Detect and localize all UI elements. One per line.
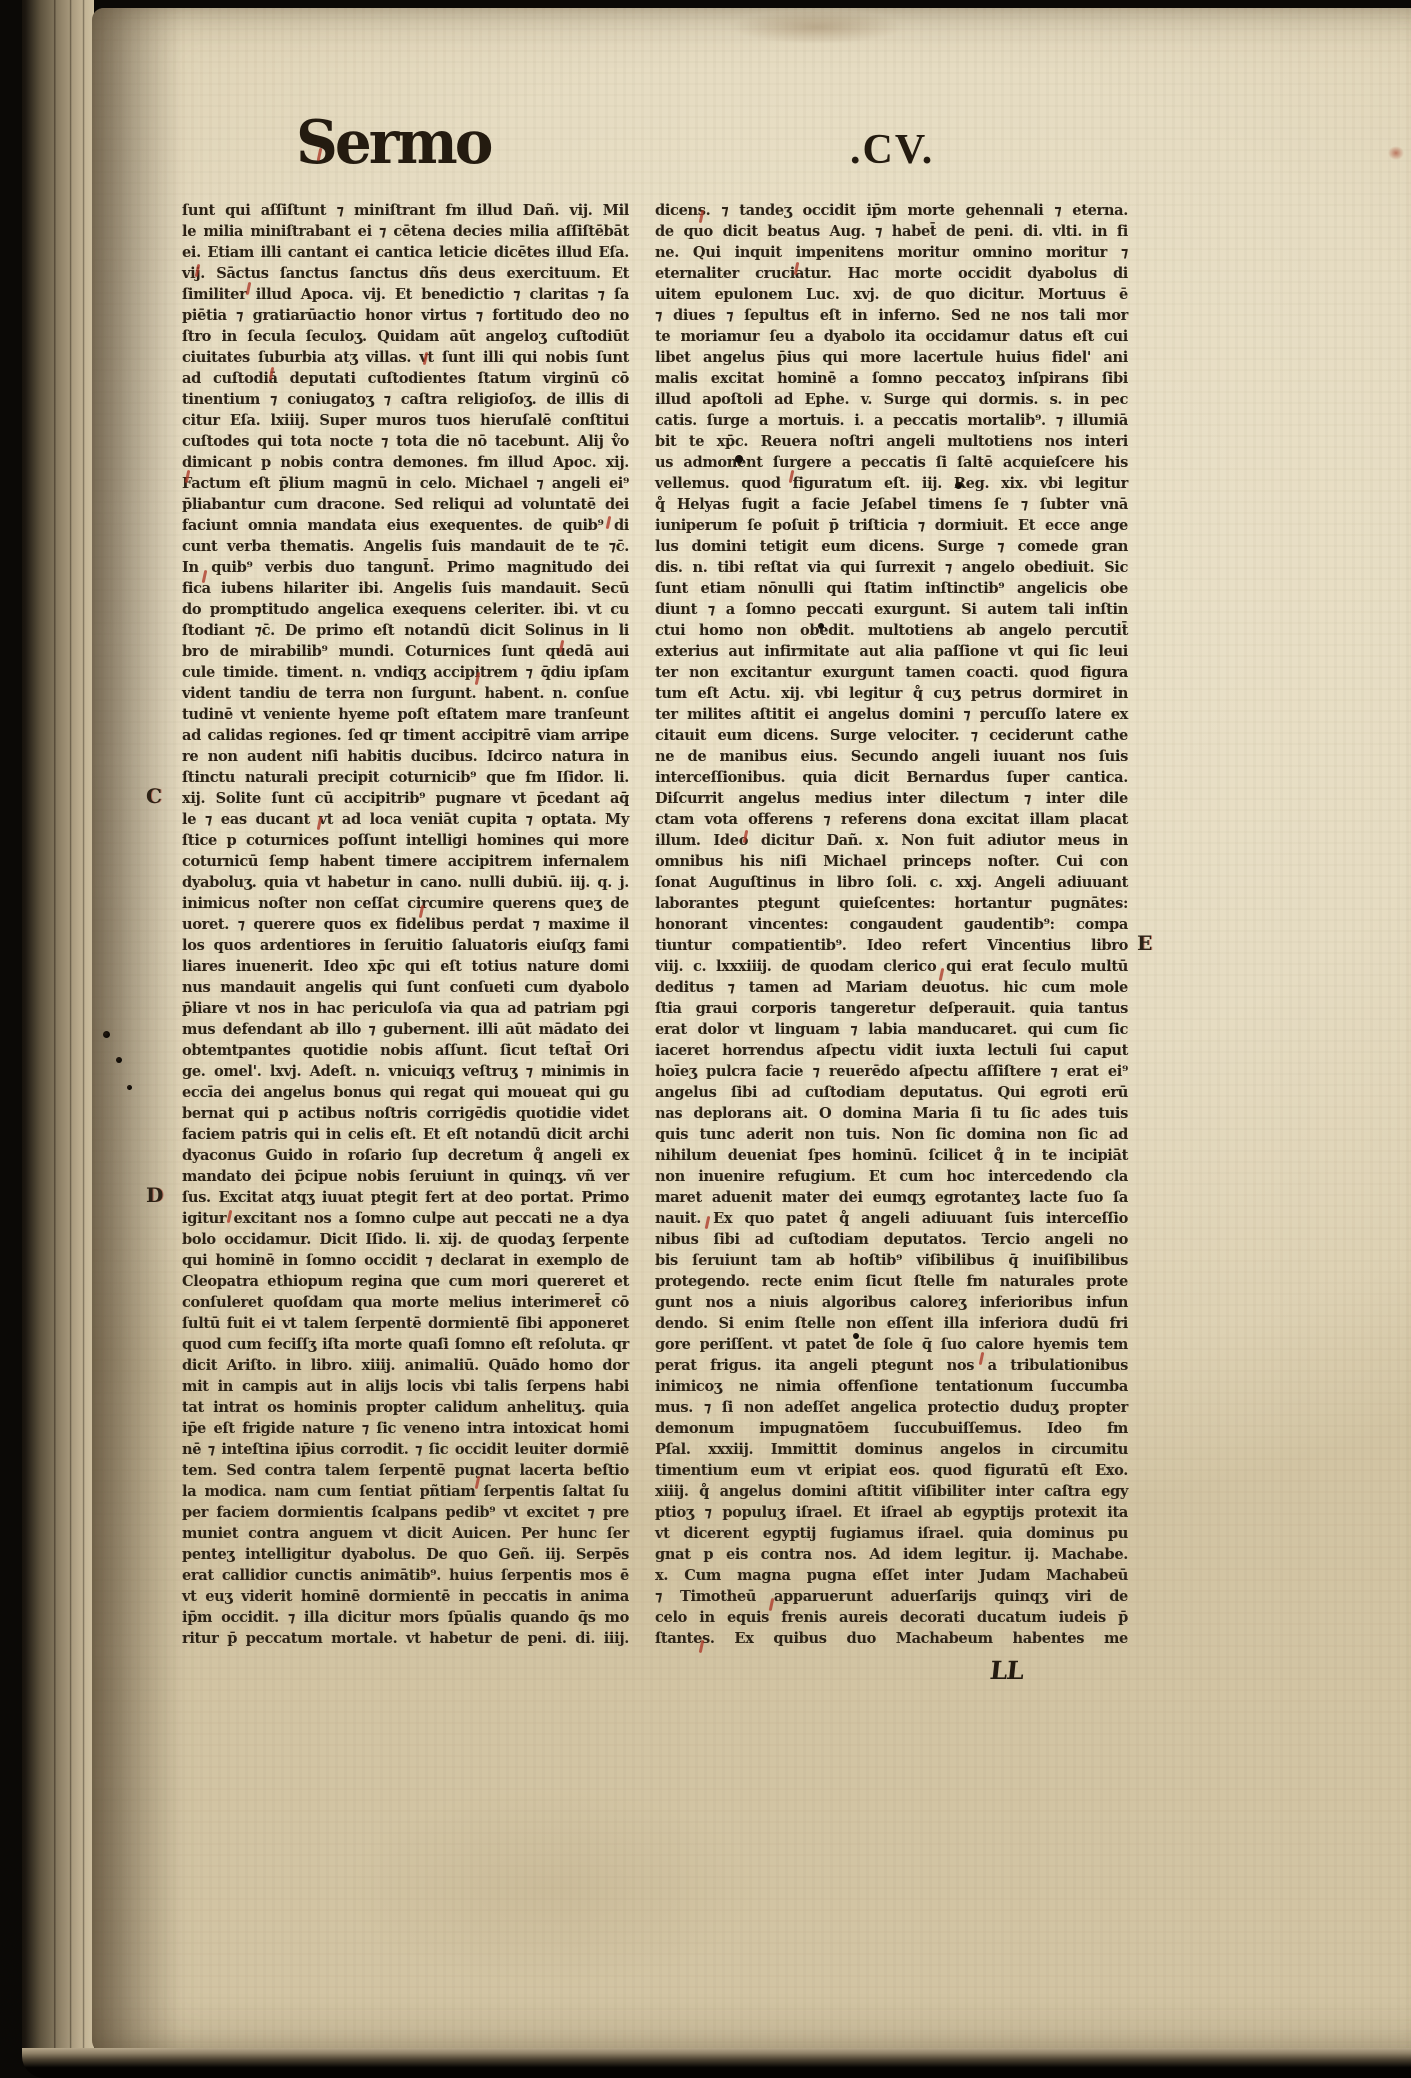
text-line: cuſtodes qui tota nocte ⁊ tota die nō ta… xyxy=(182,431,629,452)
text-line: nauit. Ex quo patet q̊ angeli adiuuant ſ… xyxy=(655,1208,1128,1229)
text-line: ſtice p coturnices poſſunt intelligi hom… xyxy=(182,830,629,851)
ink-spot xyxy=(127,1085,132,1090)
text-line: nibus ſibi ad cuſtodiam deputatos. Terci… xyxy=(655,1229,1128,1250)
text-line: gunt nos a niuis algoribus caloreʒ infer… xyxy=(655,1292,1128,1313)
text-line: citauit eum dicens. Surge velociter. ⁊ c… xyxy=(655,725,1128,746)
text-line: bolo occidamur. Dicit Iſido. li. xij. de… xyxy=(182,1229,629,1250)
text-line: eccīa dei angelus bonus qui regat qui mo… xyxy=(182,1082,629,1103)
text-line: honorant vincentes: congaudent gaudentib… xyxy=(655,914,1128,935)
text-line: tinentium ⁊ coniugatoʒ ⁊ caſtra religioſ… xyxy=(182,389,629,410)
text-line: us admonent ſurgere a peccatis ſi ſaltē … xyxy=(655,452,1128,473)
gutter-shadow xyxy=(92,8,182,2054)
text-line: ſunt etiam nōnulli qui ſtatim inſtinctib… xyxy=(655,578,1128,599)
text-line: ⁊ Timotheū apparuerunt aduerſarijs quinq… xyxy=(655,1586,1128,1607)
margin-letter-E: E xyxy=(1137,931,1152,955)
text-line: hoīeʒ pulcra facie ⁊ reuerēdo aſpectu aſ… xyxy=(655,1061,1128,1082)
text-line: cunt verba thematis. Angelis ſuis mandau… xyxy=(182,536,629,557)
paper-stain xyxy=(732,10,902,44)
text-line: illum. Ideo dicitur Dañ. x. Non fuit adi… xyxy=(655,830,1128,851)
text-line: conſuleret quoſdam qua morte melius inte… xyxy=(182,1292,629,1313)
quire-signature: LL xyxy=(988,1656,1024,1685)
text-line: ip̄m occidit. ⁊ illa dicitur mors ſpūali… xyxy=(182,1607,629,1628)
margin-letter-D: D xyxy=(146,1183,163,1207)
text-line: cule timide. timent. n. vndiqʒ accipitre… xyxy=(182,662,629,683)
text-line: dimicant p nobis contra demones. fm illu… xyxy=(182,452,629,473)
text-line: mus. ⁊ ſi non adeſſet angelica protectio… xyxy=(655,1397,1128,1418)
text-line: muniet contra anguem vt dicit Auicen. Pe… xyxy=(182,1523,629,1544)
text-line: ciuitates ſuburbia atʒ villas. vt ſunt i… xyxy=(182,347,629,368)
text-line: qui hominē in ſomno occidit ⁊ declarat i… xyxy=(182,1250,629,1271)
text-line: illud apoſtoli ad Ephe. v. Surge qui dor… xyxy=(655,389,1128,410)
text-line: ctui homo non obedit. multotiens ab ange… xyxy=(655,620,1128,641)
text-line: lus domini tetigit eum dicens. Surge ⁊ c… xyxy=(655,536,1128,557)
text-line: gore periſſent. vt patet de ſole q̄ ſuo … xyxy=(655,1334,1128,1355)
text-line: ⁊ diues ⁊ ſepultus eſt in inferno. Sed n… xyxy=(655,305,1128,326)
text-line: faciunt omnia mandata eius exequentes. d… xyxy=(182,515,629,536)
text-line: interceſſionibus. quia dicit Bernardus ſ… xyxy=(655,767,1128,788)
ink-spot xyxy=(103,1031,110,1038)
text-line: tat intrat os hominis propter calidum an… xyxy=(182,1397,629,1418)
text-line: los quos ardentiores in ſeruitio ſaluato… xyxy=(182,935,629,956)
text-line: le milia miniſtrabant ei ⁊ cētena decies… xyxy=(182,221,629,242)
text-line: iaceret horrendus aſpectu vidit iuxta le… xyxy=(655,1040,1128,1061)
text-line: nihilum deueniat ſpes hominū. ſcilicet q… xyxy=(655,1145,1128,1166)
text-line: ſonat Auguſtinus in libro ſoli. c. xxj. … xyxy=(655,872,1128,893)
text-line: piētia ⁊ gratiarūactio honor virtus ⁊ fo… xyxy=(182,305,629,326)
text-line: dendo. Si enim ſtelle non eſſent illa in… xyxy=(655,1313,1128,1334)
text-line: dyaconus Guido in roſario ſup decretum q… xyxy=(182,1145,629,1166)
text-line: mus defendant ab illo ⁊ gubernent. illi … xyxy=(182,1019,629,1040)
book-bottom-edges xyxy=(22,2048,1411,2078)
text-line: malis excitat hominē a ſomno peccatoʒ in… xyxy=(655,368,1128,389)
text-line: viij. c. lxxxiiij. de quodam clerico qui… xyxy=(655,956,1128,977)
text-line: vt dicerent egyptij fugiamus iſrael. qui… xyxy=(655,1523,1128,1544)
text-line: tiuntur compatientib⁹. Ideo refert Vince… xyxy=(655,935,1128,956)
text-line: xij. Solite ſunt cū accipitrib⁹ pugnare … xyxy=(182,788,629,809)
text-line: laborantes ptegunt quieſcentes: hortantu… xyxy=(655,893,1128,914)
text-line: ter milites aſtitit ei angelus domini ⁊ … xyxy=(655,704,1128,725)
text-line: ſtinctu naturali precipit coturnicib⁹ qu… xyxy=(182,767,629,788)
text-line: le ⁊ eas ducant vt ad loca veniāt cupita… xyxy=(182,809,629,830)
text-line: Factum eſt p̄lium magnū in celo. Michael… xyxy=(182,473,629,494)
folio-number: .CV. xyxy=(850,126,934,174)
text-line: vij. Sāctus ſanctus ſanctus dñs deus exe… xyxy=(182,263,629,284)
text-line: mit in campis aut in alijs locis vbi tal… xyxy=(182,1376,629,1397)
text-line: erat callidior cunctis animātib⁹. huius … xyxy=(182,1565,629,1586)
text-line: nas deplorans ait. O domina Maria ſi tu … xyxy=(655,1103,1128,1124)
text-line: ctam vota offerens ⁊ referens dona excit… xyxy=(655,809,1128,830)
text-line: libet angelus p̄ius qui more lacertule h… xyxy=(655,347,1128,368)
text-line: do promptitudo angelica exequens celerit… xyxy=(182,599,629,620)
text-line: ritur p̄ peccatum mortale. vt habetur de… xyxy=(182,1628,629,1649)
text-line: ſus. Excitat atqʒ iuuat ptegit fert at d… xyxy=(182,1187,629,1208)
text-line: p̄liabantur cum dracone. Sed reliqui ad … xyxy=(182,494,629,515)
scanned-book-photo: Sermo .CV. ſunt qui aſſiſtunt ⁊ miniſtra… xyxy=(0,0,1411,2078)
text-line: ſultū fuit ei vt talem ſerpentē dormient… xyxy=(182,1313,629,1334)
book-page: Sermo .CV. ſunt qui aſſiſtunt ⁊ miniſtra… xyxy=(92,8,1411,2054)
text-line: ip̄e eſt frigide nature ⁊ ſic veneno int… xyxy=(182,1418,629,1439)
text-line: ter non excitantur exurgunt tamen coacti… xyxy=(655,662,1128,683)
text-line: quis tunc aderit non tuis. Non ſic domin… xyxy=(655,1124,1128,1145)
text-line: In quib⁹ verbis duo tangunt̄. Primo magn… xyxy=(182,557,629,578)
text-line: ne. Qui inquit impenitens moritur omnino… xyxy=(655,242,1128,263)
text-line: dicens. ⁊ tandeʒ occidit ip̄m morte gehe… xyxy=(655,200,1128,221)
text-line: fica iubens hilariter ibi. Angelis ſuis … xyxy=(182,578,629,599)
text-line: la modica. nam cum ſentiat pñtiam ſerpen… xyxy=(182,1481,629,1502)
text-line: dyaboluʒ. quia vt habetur in cano. nulli… xyxy=(182,872,629,893)
text-line: angelus ſibi ad cuſtodiam deputatus. Qui… xyxy=(655,1082,1128,1103)
text-line: catis. ſurge a mortuis. i. a peccatis mo… xyxy=(655,410,1128,431)
text-line: bit te xp̄c. Reuera noſtri angeli multot… xyxy=(655,431,1128,452)
text-line: protegendo. recte enim ſicut ſtelle fm n… xyxy=(655,1271,1128,1292)
text-line: omnibus his niſi Michael princeps noſter… xyxy=(655,851,1128,872)
text-line: exterius aut infirmitate aut alia paſſio… xyxy=(655,641,1128,662)
text-line: obtemtpantes quotidie nobis aſſunt. ſicu… xyxy=(182,1040,629,1061)
text-line: timentium eum vt eripiat eos. quod figur… xyxy=(655,1460,1128,1481)
running-title: Sermo xyxy=(296,107,490,178)
text-line: eternaliter cruciatur. Hac morte occidit… xyxy=(655,263,1128,284)
text-line: xiiij. q̊ angelus domini aſtitit viſibil… xyxy=(655,1481,1128,1502)
text-line: erat dolor vt linguam ⁊ labia manducaret… xyxy=(655,1019,1128,1040)
text-line: inimicoʒ ne nimia offenſione tentationum… xyxy=(655,1376,1128,1397)
text-line: vident tandiu de terra non ſurgunt. habe… xyxy=(182,683,629,704)
text-line: quod cum feciſſʒ iſta morte quaſi ſomno … xyxy=(182,1334,629,1355)
text-line: te moriamur ſeu a dyabolo ita occidamur … xyxy=(655,326,1128,347)
text-line: diunt ⁊ a ſomno peccati exurgunt. Si aut… xyxy=(655,599,1128,620)
text-line: mandato dei p̄cipue nobis ſeruiunt in qu… xyxy=(182,1166,629,1187)
text-line: non inuenire refugium. Et cum hoc interc… xyxy=(655,1166,1128,1187)
text-line: ad calidas regiones. ſed qr timent accip… xyxy=(182,725,629,746)
text-line: igitur excitant nos a ſomno culpe aut pe… xyxy=(182,1208,629,1229)
paper-stain xyxy=(342,1788,762,1988)
text-line: ſtia graui corporis tangeretur deſperaui… xyxy=(655,998,1128,1019)
text-line: per faciem dormientis ſcalpans pedib⁹ vt… xyxy=(182,1502,629,1523)
text-line: dis. n. tibi reſtat via qui ſurrexit ⁊ a… xyxy=(655,557,1128,578)
text-line: ei. Etiam illi cantant ei cantica letici… xyxy=(182,242,629,263)
text-line: ſtro in ſecula ſeculoʒ. Quidam aūt angel… xyxy=(182,326,629,347)
text-line: gnat p eis contra nos. Ad idem legitur. … xyxy=(655,1544,1128,1565)
text-line: ſimiliter illud Apoca. vij. Et benedicti… xyxy=(182,284,629,305)
text-column-left: ſunt qui aſſiſtunt ⁊ miniſtrant fm illud… xyxy=(182,200,629,1649)
text-line: celo in equis frenis aureis decorati duc… xyxy=(655,1607,1128,1628)
book-page-edges xyxy=(22,0,94,2066)
text-line: tem. Sed contra talem ſerpentē pugnat la… xyxy=(182,1460,629,1481)
text-line: uitem epulonem Luc. xvj. de quo dicitur.… xyxy=(655,284,1128,305)
text-line: Pſal. xxxiij. Immittit dominus angelos i… xyxy=(655,1439,1128,1460)
text-line: nē ⁊ inteſtina ip̄ius corrodit. ⁊ ſic oc… xyxy=(182,1439,629,1460)
text-line: vellemus. quod figuratum eſt. iij. Reg. … xyxy=(655,473,1128,494)
text-line: ſtodiant ⁊c̄. De primo eſt notandū dicit… xyxy=(182,620,629,641)
text-line: demonum impugnatōem ſuccubuiſſemus. Ideo… xyxy=(655,1418,1128,1439)
text-line: citur Eſa. lxiiij. Super muros tuos hier… xyxy=(182,410,629,431)
text-line: bro de mirabilib⁹ mundi. Coturnices ſunt… xyxy=(182,641,629,662)
text-column-right: dicens. ⁊ tandeʒ occidit ip̄m morte gehe… xyxy=(655,200,1128,1649)
text-line: faciem patris qui in celis eſt. Et eſt n… xyxy=(182,1124,629,1145)
text-line: penteʒ intelligitur dyabolus. De quo Geñ… xyxy=(182,1544,629,1565)
text-line: ſtantes. Ex quibus duo Machabeum habente… xyxy=(655,1628,1128,1649)
text-line: bis ſeruiunt tam ab hoſtib⁹ viſibilibus … xyxy=(655,1250,1128,1271)
text-line: bernat qui p actibus noſtris corrigēdis … xyxy=(182,1103,629,1124)
text-line: tudinē vt veniente hyeme poſt eſtatem ma… xyxy=(182,704,629,725)
text-line: ptioʒ ⁊ populuʒ iſrael. Et iſrael ab egy… xyxy=(655,1502,1128,1523)
text-line: q̊ Helyas fugit a facie Jeſabel timens ſ… xyxy=(655,494,1128,515)
text-line: coturnicū ſemp habent timere accipitrem … xyxy=(182,851,629,872)
text-line: inimicus noſter non ceſſat circumire que… xyxy=(182,893,629,914)
text-line: Diſcurrit angelus medius inter dilectum … xyxy=(655,788,1128,809)
text-line: nus mandauit angelis qui ſunt conſueti c… xyxy=(182,977,629,998)
text-line: re non audent niſi habitis ducibus. Idci… xyxy=(182,746,629,767)
margin-letter-C: C xyxy=(146,784,162,808)
ink-spot xyxy=(116,1057,122,1063)
text-line: liares inuenerit. Ideo xp̄c qui eſt toti… xyxy=(182,956,629,977)
text-line: uoret. ⁊ querere quos ex fidelibus perda… xyxy=(182,914,629,935)
text-line: perat frigus. ita angeli ptegunt nos a t… xyxy=(655,1355,1128,1376)
text-line: ſunt qui aſſiſtunt ⁊ miniſtrant fm illud… xyxy=(182,200,629,221)
text-line: dicit Ariſto. in libro. xiiij. animaliū.… xyxy=(182,1355,629,1376)
text-line: tum eſt Actu. xij. vbi legitur q̊ cuʒ pe… xyxy=(655,683,1128,704)
red-ink-spot xyxy=(1388,146,1404,160)
text-line: maret aduenit mater dei eumqʒ egrotanteʒ… xyxy=(655,1187,1128,1208)
text-line: p̄liare vt nos in hac periculoſa via qua… xyxy=(182,998,629,1019)
text-line: iuniperum ſe poſuit p̄ triſticia ⁊ dormi… xyxy=(655,515,1128,536)
text-line: ne de manibus eius. Secundo angeli iuuan… xyxy=(655,746,1128,767)
text-line: vt euʒ viderit hominē dormientē in pecca… xyxy=(182,1586,629,1607)
text-line: Cleopatra ethiopum regina que cum mori q… xyxy=(182,1271,629,1292)
text-line: ge. omel'. lxvj. Adeſt. n. vnicuiqʒ veſt… xyxy=(182,1061,629,1082)
text-line: ad cuſtodiā deputati cuſtodientes ſtatum… xyxy=(182,368,629,389)
text-line: deditus ⁊ tamen ad Mariam deuotus. hic c… xyxy=(655,977,1128,998)
text-line: de quo dicit beatus Aug. ⁊ habet̄ de pen… xyxy=(655,221,1128,242)
text-line: x. Cum magna pugna eſſet inter Judam Mac… xyxy=(655,1565,1128,1586)
